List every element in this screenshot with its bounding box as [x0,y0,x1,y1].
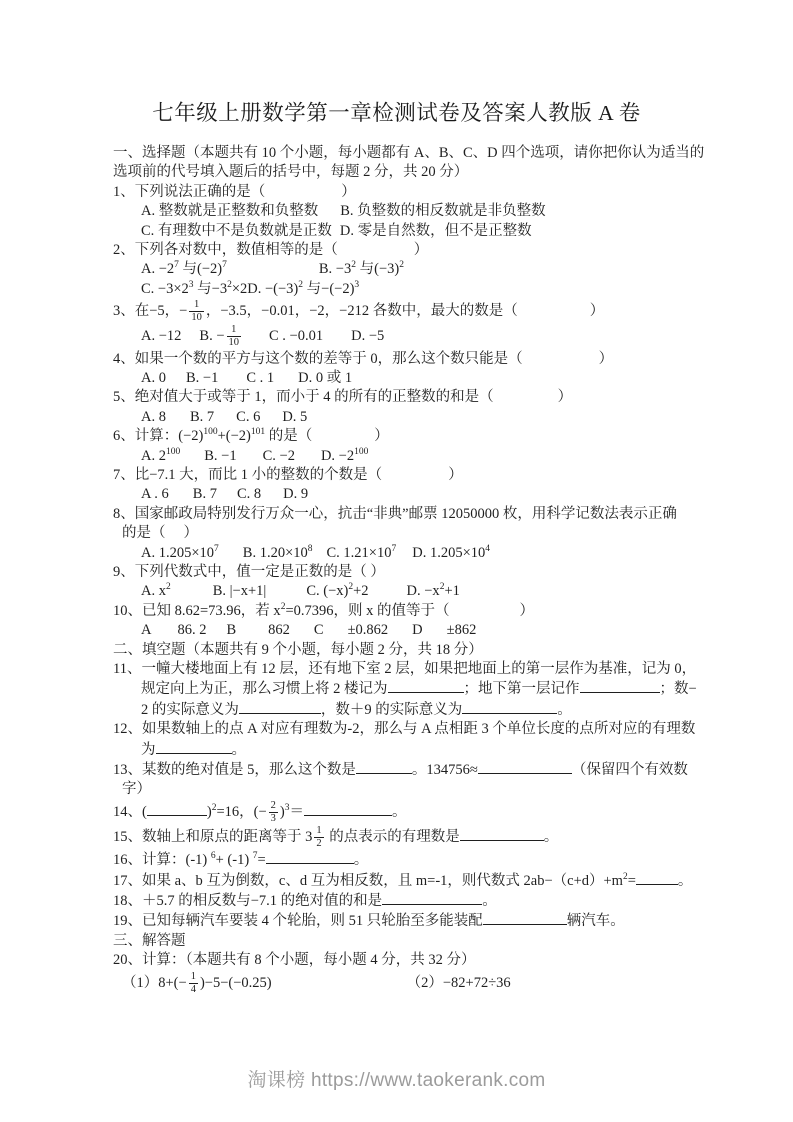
document-line: 6、计算：(−2)100+(−2)101 的是（） [113,427,707,446]
text-run: A. 0 [141,370,166,386]
text-run: B. 负整数的相反数就是非负整数 [340,203,545,219]
spacer [219,556,243,557]
document-line: A86. 2B862C±0.862D±862 [113,621,707,640]
text-run: C . −0.01 [269,328,323,344]
spacer [169,497,193,498]
text-run: 5、绝对值大于或等于 1，而小于 4 的所有的正整数的和是（ [113,389,494,405]
document-line: 3、在−5，−110，−3.5，−0.01，−2，−212 各数中，最大的数是（… [113,299,707,324]
fraction-numerator: 1 [194,299,199,311]
spacer [388,633,412,634]
document-line: （1）8+(−14)−5−(−0.25)（2）−82+72÷36 [113,971,707,996]
text-run: 862 [268,622,290,638]
text-run: A [141,622,151,638]
superscript: 3 [354,280,359,290]
page-title: 七年级上册数学第一章检测试卷及答案人教版 A 卷 [0,0,793,127]
spacer [265,195,341,196]
text-run: ） [448,467,463,483]
text-run: 辆汽车。 [567,913,625,929]
document-line: 二、填空题（本题共有 9 个小题，每小题 2 分，共 18 分） [113,641,707,660]
spacer [272,985,407,986]
fraction-numerator: 1 [316,825,321,837]
text-run: C. 6 [236,409,260,425]
text-run: 与−(−2) [303,281,354,297]
text-run: D. −x [407,583,440,599]
document-line: A. 0B. −1C . 1D. 0 或 1 [113,369,707,388]
spacer [274,381,298,382]
fraction-denominator: 10 [189,311,204,324]
text-run: C [314,622,324,638]
fill-blank [636,871,678,885]
fill-blank [382,891,482,905]
fill-blank [304,802,392,816]
fill-blank [580,679,660,693]
text-run: A. 整数就是正整数和负整数 [141,203,318,219]
spacer [396,556,412,557]
text-run: ±0.862 [348,622,389,638]
text-run: 二、填空题（本题共有 9 个小题，每小题 2 分，共 18 分） [113,642,483,658]
text-run: 9、下列代数式中，值一定是正数的是（ ） [113,564,385,580]
document-line: 13、某数的绝对值是 5，那么这个数是。134756≈（保留四个有效数 [113,760,707,780]
text-run: A. x [141,583,166,599]
text-run: 1、下列说法正确的是（ [113,184,265,200]
text-run: 。 [354,852,369,868]
fraction-denominator: 4 [189,983,198,996]
fill-blank [266,850,354,864]
text-run: D. −5 [351,328,384,344]
text-run: +(−2) [218,428,251,444]
text-run: B [226,622,236,638]
text-run: ＝ [289,804,304,820]
text-run: 2、下列各对数中，数值相等的是（ [113,242,338,258]
spacer [260,420,282,421]
spacer [318,214,340,215]
spacer [243,339,269,340]
fill-blank [147,802,207,816]
text-run: （2）−82+72÷36 [407,974,511,990]
text-run: 11、一幢大楼地面上有 12 层，还有地下室 2 层，如果把地面上的第一层作为基… [113,661,696,677]
text-run: ） [374,428,389,444]
document-line: 9、下列代数式中，值一定是正数的是（ ） [113,563,707,582]
text-run: 13、某数的绝对值是 5，那么这个数是 [113,762,356,778]
fill-blank [156,740,232,754]
text-run: ） [414,242,429,258]
watermark-footer: 淘课榜 https://www.taokerank.com [0,1065,793,1092]
text-run: =0.7396，则 x 的值等于（ [285,603,449,619]
text-run: 与−3 [194,281,228,297]
text-run: D. 9 [283,486,308,502]
text-run: ，数＋9 的实际意义为 [321,702,462,718]
superscript: 7 [214,544,219,554]
document-line: 10、已知 8.62=73.96，若 x2=0.7396，则 x 的值等于（） [113,602,707,621]
document-line: 5、绝对值大于或等于 1，而小于 4 的所有的正整数的和是（） [113,388,707,407]
superscript: 101 [251,427,265,437]
text-run: C. (−x) [306,583,348,599]
text-run: B. − [199,328,224,344]
document-line: 16、计算：(-1) 6+ (-1) 7=。 [113,850,707,870]
spacer [312,439,374,440]
text-run: B. 7 [190,409,214,425]
document-line: 规定向上为正，那么习惯上将 2 楼记为；地下第一层记作；数− [113,679,707,699]
spacer [218,381,246,382]
text-run: B. −1 [186,370,218,386]
text-run: 。134756≈ [412,762,478,778]
text-run: A. −2 [141,261,174,277]
document-line: 12、如果数轴上的点 A 对应有理数为-2，那么与 A 点相距 3 个单位长度的… [113,720,707,739]
document-line: 4、如果一个数的平方与这个数的差等于 0，那么这个数只能是（） [113,350,707,369]
text-run: D. 1.205×10 [412,545,485,561]
text-run: 的是（ [122,525,166,541]
text-run: 20、计算：（本题共有 8 个小题，每小题 4 分，共 32 分） [113,952,476,968]
superscript: 8 [308,544,313,554]
fill-blank [483,911,567,925]
fraction-numerator: 1 [191,971,196,983]
fraction: 23 [269,800,278,825]
spacer [227,272,319,273]
document-line: A. x2B. |−x+1|C. (−x)2+2D. −x2+1 [113,582,707,601]
document-line: 11、一幢大楼地面上有 12 层，还有地下室 2 层，如果把地面上的第一层作为基… [113,660,707,679]
document-line: 的是（） [113,524,707,543]
document-line: A. 2100B. −1C. −2D. −2100 [113,447,707,466]
fraction-denominator: 3 [269,812,278,825]
text-run: 19、已知每辆汽车要装 4 个轮胎，则 51 只轮胎至多能装配 [113,913,483,929]
superscript: 2 [399,261,404,271]
document-line: A. 整数就是正整数和负整数B. 负整数的相反数就是非负整数 [113,202,707,221]
spacer [290,633,314,634]
text-run: ） [558,389,573,405]
text-run: 6、计算：(−2) [113,428,203,444]
text-run: ） [341,184,356,200]
text-run: C . 1 [246,370,274,386]
text-run: 17、如果 a、b 互为倒数，c、d 互为相反数，且 m=-1，则代数式 2ab… [113,873,623,889]
document-line: C. 有理数中不是负数就是正数D. 零是自然数，但不是正整数 [113,222,707,241]
superscript: 100 [166,447,180,457]
text-run: A. 8 [141,409,166,425]
text-run: 与(−2) [179,261,222,277]
text-run: A. 1.205×10 [141,545,214,561]
text-run: + (-1) [216,852,253,868]
text-run: 。 [678,873,693,889]
text-run: B. 7 [193,486,217,502]
spacer [423,633,447,634]
text-run: C. 有理数中不是负数就是正数 [141,223,332,239]
text-run: 15、数轴上和原点的距离等于 3 [113,829,312,845]
text-run: D. −2 [321,448,354,464]
fill-blank [239,700,321,714]
spacer [181,339,199,340]
text-run: 一、选择题（本题共有 10 个小题，每小题都有 A、B、C、D 四个选项，请你把… [113,145,704,161]
fraction: 12 [314,825,323,850]
text-run: ） [520,603,535,619]
text-run: +1 [444,583,459,599]
document-line: C. −3×23 与−32×2D. −(−3)2 与−(−2)3 [113,280,707,299]
document-line: 选项前的代号填入题后的括号中，每题 2 分，共 20 分） [113,163,707,182]
text-run: ，−3.5，−0.01，−2，−212 各数中，最大的数是（ [206,303,518,319]
fill-blank [356,760,412,774]
text-run: 三、解答题 [113,933,186,949]
document-line: 15、数轴上和原点的距离等于 312 的点表示的有理数是。 [113,825,707,850]
document-line: 19、已知每辆汽车要装 4 个轮胎，则 51 只轮胎至多能装配辆汽车。 [113,911,707,931]
text-run: 7、比−7.1 大，而比 1 小的整数的个数是（ [113,467,382,483]
spacer [166,381,186,382]
text-run: 18、＋5.7 的相反数与−7.1 的绝对值的和是 [113,893,382,909]
fraction-numerator: 1 [231,324,236,336]
document-body: 一、选择题（本题共有 10 个小题，每小题都有 A、B、C、D 四个选项，请你把… [0,127,793,996]
text-run: 为 [141,742,156,758]
text-run: B. −3 [319,261,351,277]
spacer [236,633,268,634]
superscript: 2 [166,583,171,593]
spacer [166,536,184,537]
text-run: 的点表示的有理数是 [326,829,460,845]
text-run: ） [184,525,199,541]
text-run: 8、国家邮政局特别发行万众一心，抗击“非典”邮票 12050000 枚，用科学记… [113,506,677,522]
document-line: 字） [113,780,707,799]
spacer [450,614,520,615]
spacer [523,362,599,363]
text-run: 10、已知 8.62=73.96，若 x [113,603,281,619]
text-run: 86. 2 [177,622,206,638]
text-run: 。 [482,893,497,909]
document-line: A. 8B. 7C. 6D. 5 [113,408,707,427]
exam-paper-page: 七年级上册数学第一章检测试卷及答案人教版 A 卷 一、选择题（本题共有 10 个… [0,0,793,1122]
text-run: D. 5 [282,409,307,425]
spacer [266,594,306,595]
fraction: 110 [227,324,242,349]
text-run: B. 1.20×10 [243,545,308,561]
text-run: ） [599,351,614,367]
text-run: =16，(− [216,804,266,820]
spacer [151,633,177,634]
spacer [313,556,327,557]
text-run: 。 [392,804,407,820]
spacer [217,497,237,498]
text-run: C. 1.21×10 [327,545,392,561]
document-line: 18、＋5.7 的相反数与−7.1 的绝对值的和是。 [113,891,707,911]
document-line: 17、如果 a、b 互为倒数，c、d 互为相反数，且 m=-1，则代数式 2ab… [113,871,707,891]
text-run: 选项前的代号填入题后的括号中，每题 2 分，共 20 分） [113,164,468,180]
superscript: 4 [485,544,490,554]
document-line: A. 1.205×107B. 1.20×108C. 1.21×107D. 1.2… [113,544,707,563]
text-run: D. 零是自然数，但不是正整数 [340,223,532,239]
text-run: 字） [122,781,151,797]
document-line: 2 的实际意义为，数＋9 的实际意义为。 [113,700,707,720]
text-run: ） [590,303,605,319]
text-run: ±862 [447,622,477,638]
text-run: = [258,852,266,868]
document-line: 1、下列说法正确的是（） [113,183,707,202]
fraction: 110 [189,299,204,324]
text-run: B. −1 [204,448,236,464]
text-run: A. −12 [141,328,181,344]
text-run: C. −3×2 [141,281,189,297]
document-line: A. −27 与(−2)7B. −32 与(−3)2 [113,260,707,279]
spacer [261,497,283,498]
text-run: A . 6 [141,486,169,502]
spacer [166,420,190,421]
spacer [206,633,226,634]
text-run: D. 0 或 1 [298,370,352,386]
spacer [382,478,448,479]
text-run: A. 2 [141,448,166,464]
text-run: D [412,622,422,638]
text-run: 3、在−5，− [113,303,187,319]
text-run: )−5−(−0.25) [200,974,272,990]
spacer [180,459,204,460]
spacer [494,400,558,401]
fraction: 14 [189,971,198,996]
text-run: +2 [353,583,368,599]
document-line: 一、选择题（本题共有 10 个小题，每小题都有 A、B、C、D 四个选项，请你把… [113,144,707,163]
text-run: （1）8+(− [122,974,187,990]
text-run: 规定向上为正，那么习惯上将 2 楼记为 [141,681,388,697]
fraction-numerator: 2 [271,800,276,812]
fill-blank [462,700,557,714]
spacer [332,234,340,235]
document-line: 2、下列各对数中，数值相等的是（） [113,241,707,260]
document-line: A . 6B. 7C. 8D. 9 [113,485,707,504]
superscript: 7 [392,544,397,554]
spacer [295,459,321,460]
text-run: 的是（ [265,428,312,444]
text-run: 。 [544,829,559,845]
superscript: 100 [354,447,368,457]
fraction-denominator: 10 [227,336,242,349]
spacer [214,420,236,421]
document-line: 为。 [113,740,707,760]
text-run: = [628,873,636,889]
spacer [323,339,351,340]
document-line: A. −12B. −110C . −0.01D. −5 [113,324,707,349]
text-run: （保留四个有效数 [572,762,688,778]
fraction-denominator: 2 [314,837,323,850]
text-run: 2 的实际意义为 [141,702,239,718]
fill-blank [478,760,572,774]
text-run: 与(−3) [356,261,399,277]
text-run: 。 [232,742,247,758]
fill-blank [388,679,464,693]
spacer [369,594,407,595]
superscript: 7 [222,261,227,271]
spacer [338,253,414,254]
text-run: C. 8 [237,486,261,502]
spacer [171,594,213,595]
spacer [518,314,590,315]
text-run: 4、如果一个数的平方与这个数的差等于 0，那么这个数只能是（ [113,351,523,367]
document-line: 20、计算：（本题共有 8 个小题，每小题 4 分，共 32 分） [113,951,707,970]
text-run: ；数− [660,681,697,697]
fill-blank [460,827,544,841]
text-run: B. |−x+1| [213,583,267,599]
text-run: C. −2 [263,448,295,464]
text-run: ×2D. −(−3) [232,281,298,297]
text-run: ；地下第一层记作 [464,681,580,697]
text-run: 。 [557,702,572,718]
text-run: 14、( [113,804,147,820]
document-line: 7、比−7.1 大，而比 1 小的整数的个数是（） [113,466,707,485]
document-line: 14、()2=16，(−23)3＝。 [113,800,707,825]
document-line: 8、国家邮政局特别发行万众一心，抗击“非典”邮票 12050000 枚，用科学记… [113,505,707,524]
superscript: 100 [203,427,217,437]
text-run: 12、如果数轴上的点 A 对应有理数为-2，那么与 A 点相距 3 个单位长度的… [113,721,695,737]
text-run: 16、计算：(-1) [113,852,211,868]
spacer [324,633,348,634]
spacer [237,459,263,460]
document-line: 三、解答题 [113,932,707,951]
